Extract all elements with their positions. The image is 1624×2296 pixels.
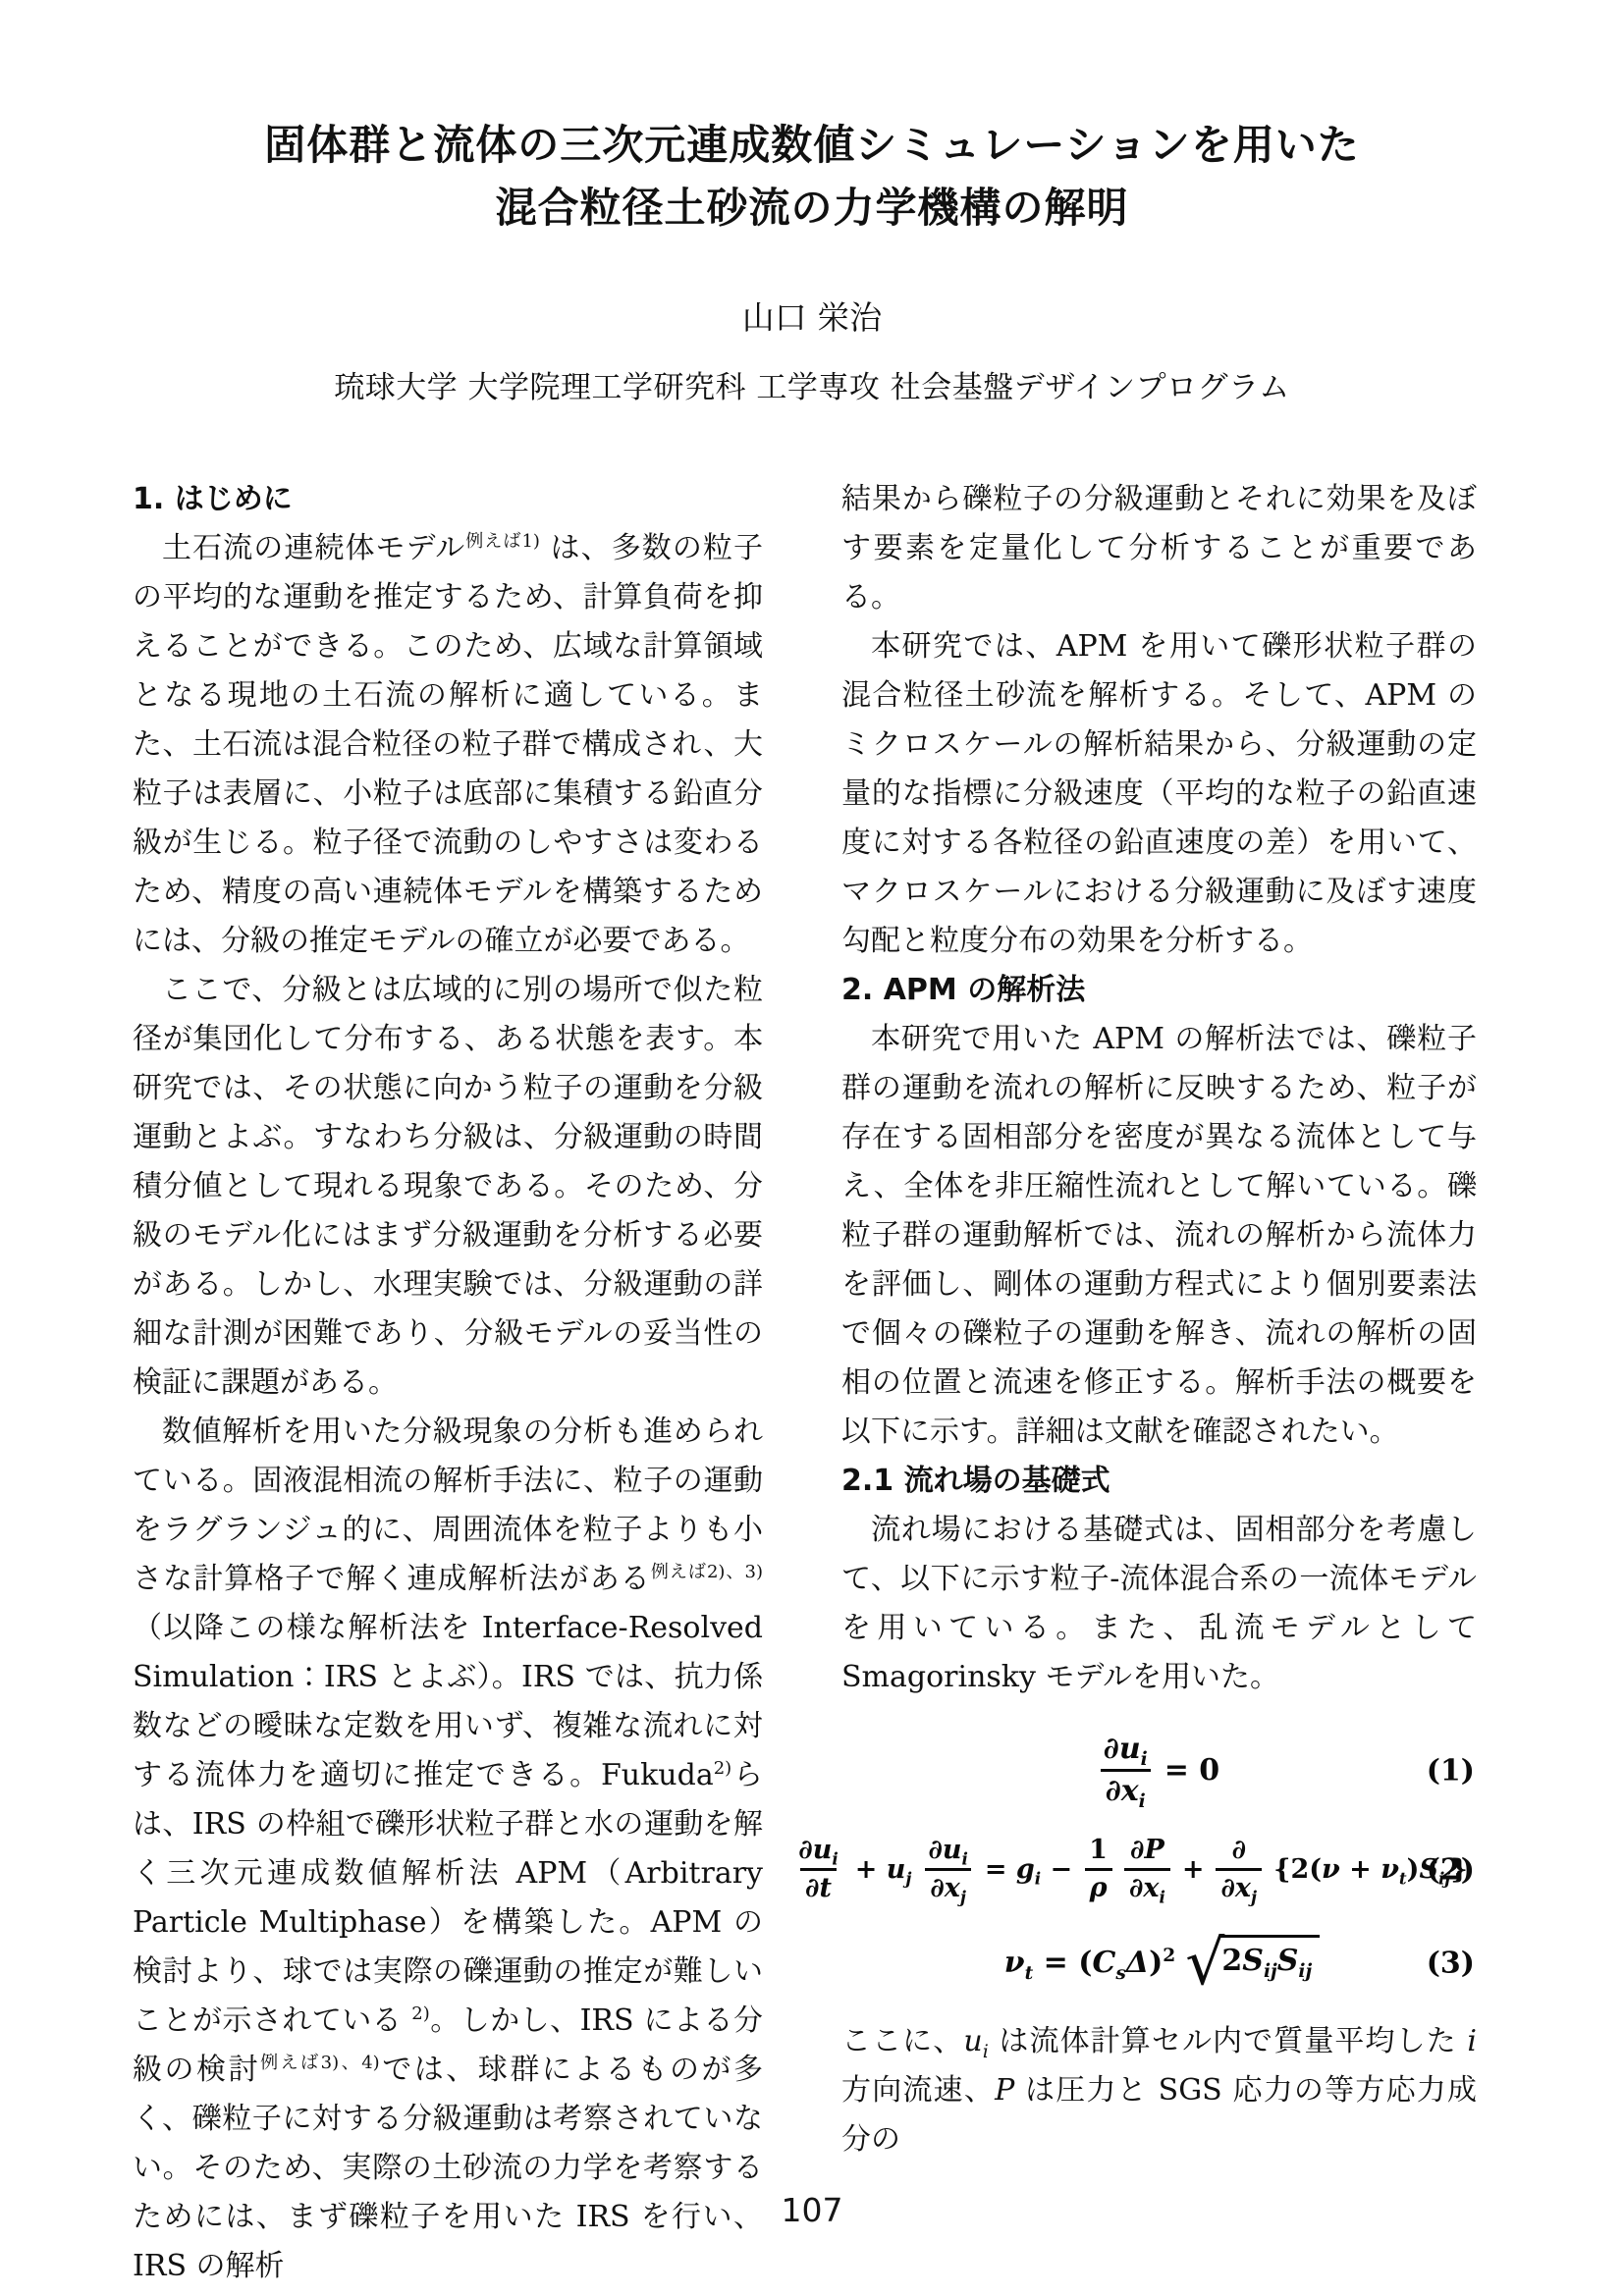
equation-eddy-viscosity: νt = (CsΔ)2 √ 2SijSij (3) [841,1935,1477,1992]
paper-title-line1: 固体群と流体の三次元連成数値シミュレーションを用いた [0,114,1624,177]
fraction: ∂ui ∂t [793,1835,842,1905]
equation-continuity: ∂ui ∂xi = 0 (1) [841,1732,1477,1809]
paragraph-apm-overview: 本研究で用いた APM の解析法では、礫粒子群の運動を流れの解析に反映するため、… [841,1015,1477,1457]
paragraph-flow-equations-intro: 流れ場における基礎式は、固相部分を考慮して、以下に示す粒子-流体混合系の一流体モ… [841,1506,1477,1702]
equation-3-number: (3) [1427,1946,1475,1980]
equation-1-number: (1) [1427,1753,1475,1788]
fraction: ∂P ∂xi [1124,1835,1170,1905]
paper-title-line2: 混合粒径土砂流の力学機構の解明 [0,177,1624,240]
paragraph-symbol-definitions: ここに、ui は流体計算セル内で質量平均した i 方向流速、P は圧力と SGS… [841,2017,1477,2164]
section-2-heading: 2. APM の解析法 [841,966,1477,1015]
paragraph-intro-1: 土石流の連続体モデル例えば1) は、多数の粒子の平均的な運動を推定するため、計算… [133,524,763,966]
paragraph-intro-5: 本研究では、APM を用いて礫形状粒子群の混合粒径土砂流を解析する。そして、AP… [841,622,1477,966]
section-1-heading: 1. はじめに [133,475,763,524]
paragraph-intro-2: ここで、分級とは広域的に別の場所で似た粒径が集団化して分布する、ある状態を表す。… [133,966,763,1408]
page-number: 107 [0,2191,1624,2229]
equation-2-number: (2) [1427,1852,1475,1887]
fraction: 1 ρ [1084,1835,1112,1905]
fraction: ∂ui ∂xi [1099,1732,1153,1809]
fraction: ∂ui ∂xj [923,1835,972,1905]
radical-sign: √ [1185,1935,1224,1992]
paper-page: 固体群と流体の三次元連成数値シミュレーションを用いた 混合粒径土砂流の力学機構の… [0,0,1624,2296]
section-2-1-heading: 2.1 流れ場の基礎式 [841,1457,1477,1506]
author-name: 山口 栄治 [0,293,1624,339]
paper-header: 固体群と流体の三次元連成数値シミュレーションを用いた 混合粒径土砂流の力学機構の… [0,0,1624,406]
author-affiliation: 琉球大学 大学院理工学研究科 工学専攻 社会基盤デザインプログラム [0,362,1624,406]
paragraph-intro-4: 結果から礫粒子の分級運動とそれに効果を及ぼす要素を定量化して分析することが重要で… [841,475,1477,622]
fraction: ∂ ∂xj [1216,1835,1262,1905]
left-column: 1. はじめに 土石流の連続体モデル例えば1) は、多数の粒子の平均的な運動を推… [133,475,763,2291]
two-column-body: 1. はじめに 土石流の連続体モデル例えば1) は、多数の粒子の平均的な運動を推… [0,475,1624,2291]
right-column: 結果から礫粒子の分級運動とそれに効果を及ぼす要素を定量化して分析することが重要で… [841,475,1477,2164]
square-root: √ 2SijSij [1185,1935,1320,1992]
equation-momentum: ∂ui ∂t + uj ∂ui ∂xj = gi − 1 ρ ∂P ∂xi + [841,1835,1477,1905]
paragraph-intro-3: 数値解析を用いた分級現象の分析も進められている。固液混相流の解析手法に、粒子の運… [133,1408,763,2291]
